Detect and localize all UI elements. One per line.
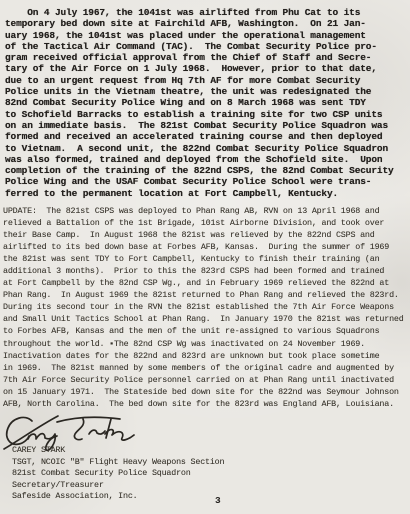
text-line: tary of the Air Force on 1 July 1968. Ho… <box>5 63 394 74</box>
text-line: their Base Camp. In August 1968 the 821s… <box>3 229 404 241</box>
text-line: airlifted to its bed down base at Forbes… <box>3 241 404 253</box>
text-line: 82nd Combat Security Police Wing and on … <box>5 97 394 108</box>
text-line: ferred to the permanent location at Fort… <box>5 188 394 199</box>
history-paragraph: On 4 July 1967, the 1041st was airlifted… <box>5 7 394 199</box>
text-line: to Forbes AFB, Kansas and the men of the… <box>3 325 404 337</box>
text-line: to Schofield Barracks to establish a tra… <box>5 109 394 120</box>
text-line: completion of the training of the 822nd … <box>5 165 394 176</box>
text-line: CAREY STARK <box>12 445 224 457</box>
text-line: 7th Air Force Security Police personnel … <box>3 374 404 386</box>
scanned-document-page: On 4 July 1967, the 1041st was airlifted… <box>0 0 410 514</box>
text-line: additional 3 months). Prior to this the … <box>3 265 404 277</box>
signature-block: CAREY STARKTSGT, NCOIC "B" Flight Heavy … <box>12 445 224 503</box>
text-line: due to an urgent request from Hq 7th AF … <box>5 75 394 86</box>
text-line: throughout the world. ▪The 82nd CSP Wg w… <box>3 338 404 350</box>
text-line: was also formed, trained and deployed fr… <box>5 154 394 165</box>
text-line: at Fort Campbell by the 82nd CSP Wg., an… <box>3 277 404 289</box>
text-line: uary 1968, the 1041st was placed under t… <box>5 30 394 41</box>
page-number: 3 <box>215 495 221 506</box>
text-line: TSGT, NCOIC "B" Flight Heavy Weapons Sec… <box>12 457 224 469</box>
text-line: UPDATE: The 821st CSPS was deployed to P… <box>3 205 404 217</box>
text-line: Secretary/Treasurer <box>12 480 224 492</box>
text-line: Phan Rang. In August 1969 the 821st retu… <box>3 289 404 301</box>
text-line: on an immediate basis. The 821st Combat … <box>5 120 394 131</box>
text-line: 821st Combat Security Police Squadron <box>12 468 224 480</box>
text-line: of the Tactical Air Command (TAC). The C… <box>5 41 394 52</box>
text-line: Safeside Association, Inc. <box>12 491 224 503</box>
text-line: on 15 January 1971. The Stateside bed do… <box>3 386 404 398</box>
text-line: On 4 July 1967, the 1041st was airlifted… <box>5 7 394 18</box>
text-line: formed and received an accelerated train… <box>5 131 394 142</box>
text-line: relieved a Battalion of the 1st Brigade,… <box>3 217 404 229</box>
text-line: gram received official approval from the… <box>5 52 394 63</box>
text-line: and Small Unit Tactics School at Phan Ra… <box>3 313 404 325</box>
text-line: Inactivation dates for the 822nd and 823… <box>3 350 404 362</box>
text-line: Police Wing and the USAF Combat Security… <box>5 176 394 187</box>
text-line: to Vietnam. A second unit, the 822nd Com… <box>5 143 394 154</box>
text-line: Police units in the Vietnam theatre, the… <box>5 86 394 97</box>
text-line: the 821st was sent TDY to Fort Campbell,… <box>3 253 404 265</box>
text-line: During its second tour in the RVN the 82… <box>3 301 404 313</box>
text-line: temporary bed down site at Fairchild AFB… <box>5 18 394 29</box>
text-line: in 1969. The 821st manned by some member… <box>3 362 404 374</box>
update-paragraph: UPDATE: The 821st CSPS was deployed to P… <box>3 205 404 410</box>
